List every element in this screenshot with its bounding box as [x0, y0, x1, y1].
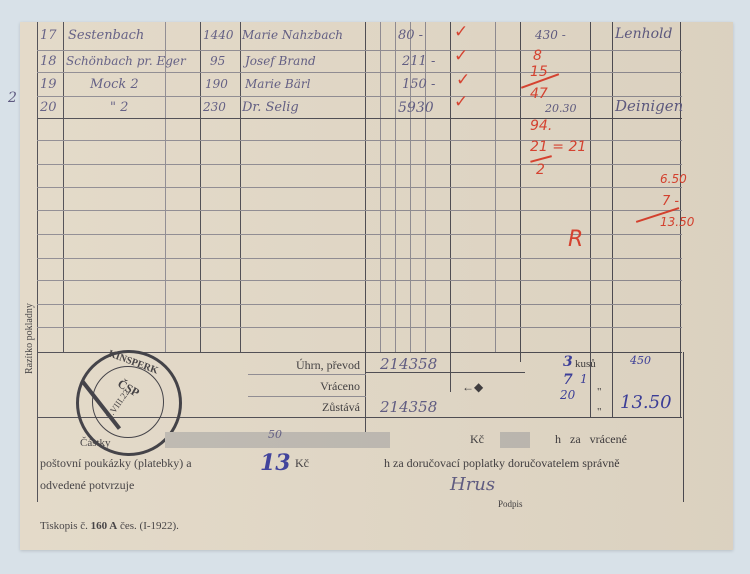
red-note: 8 — [533, 48, 542, 64]
pieces-label: kusů — [575, 358, 596, 370]
currency-label: Kč — [470, 432, 484, 447]
signature-label: Podpis — [498, 499, 523, 509]
row-place: " 2 — [110, 100, 128, 115]
row-divider — [37, 210, 682, 211]
row-number: 18 — [40, 54, 57, 69]
row-remark: Deinigen — [615, 97, 683, 115]
red-calc: 13.50 — [660, 215, 694, 229]
summary-divider — [248, 374, 366, 375]
row-number: 20 — [40, 100, 57, 115]
row-place: Sestenbach — [68, 28, 144, 43]
row-divider — [37, 327, 682, 328]
remaining-label: Zůstává — [250, 400, 360, 415]
row-name: Marie Nahzbach — [242, 28, 343, 42]
row-place: Schönbach pr. Eger — [66, 54, 186, 68]
pieces-count: 20 — [560, 388, 575, 402]
heller-field-shaded — [500, 432, 530, 448]
check-mark: ✓ — [454, 92, 468, 112]
row-place: Mock 2 — [90, 77, 139, 92]
check-mark: ✓ — [454, 46, 468, 66]
arrow-icon: ←◆ — [462, 380, 483, 395]
pieces-count: 3 — [563, 354, 573, 370]
amounts-label: Částky — [80, 437, 111, 449]
check-mark: ✓ — [456, 70, 470, 90]
pieces-count: 7 — [563, 372, 573, 388]
row-amount: 190 — [205, 77, 228, 91]
form-border-right — [683, 352, 684, 502]
red-calc: 6.50 — [660, 172, 687, 186]
row-divider — [37, 234, 682, 235]
row-divider — [37, 258, 682, 259]
postal-form: 17 Sestenbach 1440 Marie Nahzbach 80 - ✓… — [20, 22, 733, 550]
ditto-mark: " — [597, 386, 602, 398]
row-remark: Lenhold — [615, 26, 672, 42]
column-divider — [612, 22, 613, 417]
form-id: 160 A — [91, 520, 118, 532]
signature: Hrus — [450, 474, 495, 495]
stamp-inner-ring — [92, 366, 164, 438]
red-note: 2 — [536, 162, 545, 178]
fee-h: 50 — [268, 428, 282, 441]
column-divider — [450, 22, 451, 392]
row-amount: 1440 — [203, 28, 234, 42]
total-label: Úhrn, převod — [250, 358, 360, 373]
row-amount: 230 — [203, 100, 226, 114]
row-amount: 95 — [210, 54, 225, 68]
row-divider — [37, 280, 682, 281]
row-divider — [37, 50, 682, 51]
row-name: Dr. Selig — [242, 100, 299, 115]
row-total: 430 - — [535, 28, 566, 42]
column-divider — [520, 22, 521, 362]
red-note: 94. — [530, 118, 552, 134]
transfer-total: 214358 — [380, 355, 437, 373]
form-edition: čes. (I-1922). — [120, 520, 179, 532]
row-value: 150 - — [402, 77, 435, 92]
row-divider — [37, 118, 682, 119]
pieces-count: 1 — [580, 372, 588, 386]
row-divider — [37, 164, 682, 165]
summary-divider — [248, 396, 366, 397]
form-number-label: Tiskopis č. — [40, 520, 88, 532]
row-total: 20.30 — [545, 102, 577, 115]
check-mark: ✓ — [454, 22, 468, 42]
row-divider — [37, 304, 682, 305]
ditto-mark: " — [597, 406, 602, 418]
red-mark: R — [568, 227, 583, 252]
returned-label: Vráceno — [250, 379, 360, 394]
red-note: 47 — [530, 86, 548, 102]
form-footer: Tiskopis č. 160 A čes. (I-1922). — [40, 520, 179, 532]
fee-kc: 13 — [260, 450, 291, 476]
row-divider — [37, 96, 682, 97]
delivery-fees-label: h za doručovací poplatky doručovatelem s… — [384, 456, 620, 471]
fee-total: 13.50 — [620, 392, 672, 413]
returned-heller-label: h za vrácené — [555, 432, 627, 447]
row-number: 17 — [40, 28, 57, 43]
row-divider — [37, 72, 682, 73]
currency-label: Kč — [295, 456, 309, 471]
red-note: 21 = 21 — [530, 139, 586, 155]
stamp-label: Razítko pokladny — [24, 314, 35, 374]
row-name: Josef Brand — [245, 54, 316, 68]
row-value: 80 - — [398, 28, 423, 43]
form-border-left — [37, 352, 38, 502]
row-number: 19 — [40, 77, 57, 92]
fee-top: 450 — [630, 354, 651, 367]
row-name: Marie Bärl — [245, 77, 310, 91]
row-value: 211 - — [402, 54, 435, 69]
confirms-label: odvedené potvrzuje — [40, 478, 134, 493]
margin-note: 2 — [8, 90, 17, 106]
row-value: 5930 — [398, 100, 434, 116]
remaining-total: 214358 — [380, 398, 437, 416]
vouchers-label: poštovní poukázky (platebky) a — [40, 456, 192, 471]
row-divider — [37, 187, 682, 188]
